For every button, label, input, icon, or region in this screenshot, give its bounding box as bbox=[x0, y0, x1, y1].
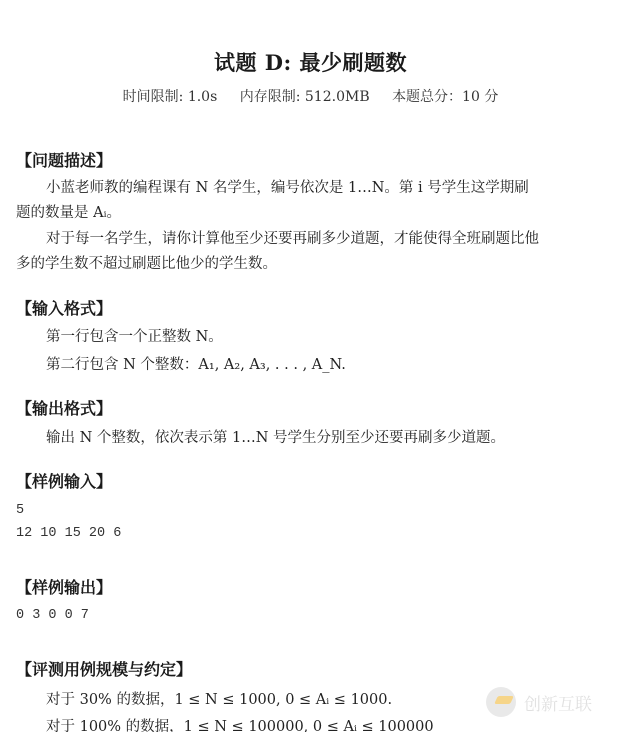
watermark: 创新互联 bbox=[486, 687, 592, 717]
constraints-line-2: 对于 100% 的数据，1 ≤ N ≤ 100000, 0 ≤ Aᵢ ≤ 100… bbox=[46, 715, 434, 732]
output-format-heading: 【输出格式】 bbox=[16, 396, 112, 419]
time-limit: 时间限制: 1.0s bbox=[123, 89, 218, 105]
sample-input-line-2: 12 10 15 20 6 bbox=[16, 526, 121, 541]
input-format-line-2: 第二行包含 N 个整数：A₁, A₂, A₃, . . . , A_N. bbox=[46, 353, 346, 374]
input-format-line-1: 第一行包含一个正整数 N。 bbox=[46, 325, 223, 346]
total-score: 本题总分：10 分 bbox=[392, 89, 498, 105]
problem-title: 试题 D: 最少刷题数 bbox=[0, 47, 621, 77]
watermark-text: 创新互联 bbox=[524, 690, 592, 715]
sample-output-line-1: 0 3 0 0 7 bbox=[16, 608, 89, 623]
memory-limit: 内存限制: 512.0MB bbox=[240, 89, 370, 105]
constraints-heading: 【评测用例规模与约定】 bbox=[16, 657, 192, 680]
sample-output-heading: 【样例输出】 bbox=[16, 575, 112, 598]
description-heading: 【问题描述】 bbox=[16, 148, 112, 171]
watermark-logo-icon bbox=[486, 687, 516, 717]
sample-input-heading: 【样例输入】 bbox=[16, 469, 112, 492]
description-paragraph-2: 对于每一名学生，请你计算他至少还要再刷多少道题，才能使得全班刷题比他多的学生数不… bbox=[16, 227, 541, 277]
problem-meta: 时间限制: 1.0s 内存限制: 512.0MB 本题总分：10 分 bbox=[0, 86, 621, 106]
description-paragraph-1: 小蓝老师教的编程课有 N 名学生，编号依次是 1…N。第 i 号学生这学期刷题的… bbox=[16, 176, 541, 226]
input-format-heading: 【输入格式】 bbox=[16, 296, 112, 319]
output-format-line-1: 输出 N 个整数，依次表示第 1…N 号学生分别至少还要再刷多少道题。 bbox=[46, 426, 505, 447]
constraints-line-1: 对于 30% 的数据，1 ≤ N ≤ 1000, 0 ≤ Aᵢ ≤ 1000. bbox=[46, 688, 392, 709]
sample-input-line-1: 5 bbox=[16, 503, 24, 518]
